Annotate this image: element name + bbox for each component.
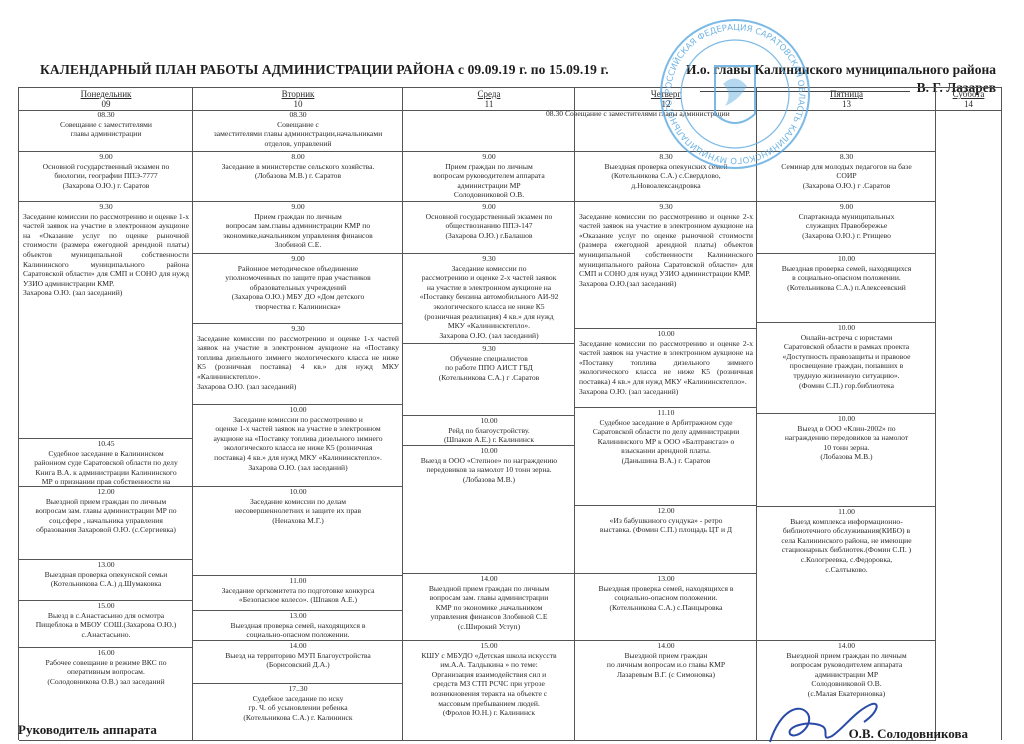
event-cell: [757, 109, 936, 152]
footer-signatory-name: О.В. Солодовникова: [849, 726, 968, 742]
event-cell: 8.00Заседание в министерстве сельского х…: [193, 151, 403, 202]
day-number: 10: [193, 99, 403, 109]
event-cell: 9.00Основной государственный экзамен по …: [403, 201, 575, 254]
event-description: Выезд комплекса информационно- библиотеч…: [761, 517, 932, 575]
event-time: 12.00: [23, 487, 189, 497]
event-time: 9.00: [23, 152, 189, 162]
event-cell: 11.00Выезд комплекса информационно- библ…: [757, 506, 936, 641]
event-cell: [403, 109, 575, 152]
event-cell: 13.00Выездная проверка семей, находящихс…: [575, 573, 757, 641]
event-cell: 14.00Выезд на территорию МУП Благоустрой…: [193, 640, 403, 684]
event-time: 14.00: [197, 641, 399, 651]
event-time: 14.00: [407, 574, 571, 584]
event-cell: 12.00Выездной прием граждан по личным во…: [19, 486, 193, 560]
event-cell: 10.45Судебное заседание в Калининском ра…: [19, 438, 193, 487]
event-time: 13.00: [579, 574, 753, 584]
event-time: 12.00: [579, 506, 753, 516]
day-column: Пятница138.30Семинар для молодых педагог…: [756, 87, 936, 740]
event-time: 8.30: [579, 152, 753, 162]
event-description: Основной государственный экзамен по биол…: [23, 162, 189, 191]
event-cell: 14.00Выездной прием граждан по личным во…: [403, 573, 575, 641]
event-description: Выездной прием граждан по личным вопроса…: [579, 651, 753, 680]
event-description: Заседание оргкомитета по подготовке конк…: [197, 586, 399, 605]
event-time: 9.30: [407, 344, 571, 354]
day-number: 12: [575, 99, 757, 109]
event-cell: 8.30Семинар для молодых педагогов на баз…: [757, 151, 936, 202]
event-time: 10.00: [407, 446, 571, 456]
event-description: Выездная проверка опекунской семьи (Коте…: [23, 570, 189, 589]
event-time: 8.00: [197, 152, 399, 162]
calendar-grid: 08.30 Совещание с заместителями главы ад…: [18, 87, 1000, 740]
event-cell: 9.00Прием граждан по личным вопросам зам…: [193, 201, 403, 254]
event-description: Выездная проверка семей, находящихся в с…: [761, 264, 932, 293]
event-time: 10.00: [761, 323, 932, 333]
event-cell: 9.30Обучение специалистов по работе ППО …: [403, 343, 575, 416]
event-description: Совещание с заместителями главы админист…: [23, 120, 189, 139]
event-description: Выездной прием граждан по личным вопроса…: [761, 651, 932, 699]
day-column: Понедельник0908.30Совещание с заместител…: [18, 87, 193, 740]
event-description: Районное методическое объединение уполно…: [197, 264, 399, 312]
event-cell: 9.30Заседание комиссии по рассмотрению и…: [193, 323, 403, 405]
event-time: 10.00: [579, 329, 753, 339]
event-description: Совещание с заместителями главы админист…: [197, 120, 399, 149]
event-cell: 10.00Выездная проверка семей, находящихс…: [757, 253, 936, 323]
event-description: Рейд по благоустройству. (Шпаков А.Е.) г…: [407, 426, 571, 445]
event-time: 9.30: [197, 324, 399, 334]
event-cell: 17..30Судебное заседание по иску гр. Ч. …: [193, 683, 403, 741]
event-time: 13.00: [197, 611, 399, 621]
event-description: Судебное заседание в Калининском районно…: [23, 449, 189, 487]
approver-position: И.о. главы Калининского муниципального р…: [686, 62, 996, 77]
event-time: 9.00: [197, 202, 399, 212]
event-description: Заседание комиссии по делам несовершенно…: [197, 497, 399, 526]
event-time: 15.00: [407, 641, 571, 651]
event-description: Выездная проверка семей, находящихся в с…: [579, 584, 753, 613]
day-column: Вторник1008.30Совещание с заместителями …: [192, 87, 403, 740]
event-description: Заседание в министерстве сельского хозяй…: [197, 162, 399, 181]
event-time: 8.30: [761, 152, 932, 162]
day-column: Суббота14: [935, 87, 1002, 740]
event-description: Выезд в ООО «Степное» по награждению пер…: [407, 456, 571, 485]
event-description: Выездная проверка семей, находящихся в с…: [197, 621, 399, 641]
day-header: Четверг12: [575, 87, 757, 111]
day-name: Понедельник: [19, 88, 193, 99]
event-time: 16.00: [23, 648, 189, 658]
day-header: Пятница13: [757, 87, 936, 111]
event-description: Выезд в ООО «Клин-2002» по награждению п…: [761, 424, 932, 462]
event-cell: 9.30Заседание комиссии по рассмотрению и…: [403, 253, 575, 344]
event-description: Выездная проверка опекунских семей (Коте…: [579, 162, 753, 191]
event-description: Судебное заседание по иску гр. Ч. об усы…: [197, 694, 399, 723]
event-cell: 9.00Районное методическое объединение уп…: [193, 253, 403, 324]
event-description: Семинар для молодых педагогов на базе СО…: [761, 162, 932, 191]
event-cell: 12.00«Из бабушкиного сундука» - ретро вы…: [575, 505, 757, 574]
event-time: 11.10: [579, 408, 753, 418]
event-cell: 10.00Заседание комиссии по рассмотрению …: [193, 404, 403, 487]
day-name: Пятница: [757, 88, 936, 99]
event-cell: 11.00Заседание оргкомитета по подготовке…: [193, 575, 403, 611]
event-time: 08.30: [197, 110, 399, 120]
event-description: КШУ с МБУДО «Детская школа искусств им.А…: [407, 651, 571, 718]
event-description: Заседание комиссии по рассмотрению и оце…: [407, 264, 571, 341]
event-description: «Из бабушкиного сундука» - ретро выставк…: [579, 516, 753, 535]
event-cell: 14.00Выездной прием граждан по личным во…: [575, 640, 757, 741]
event-time: 14.00: [579, 641, 753, 651]
event-description: Прием граждан по личным вопросам руковод…: [407, 162, 571, 200]
event-time: 9.00: [761, 202, 932, 212]
event-description: Выездной прием граждан по личным вопроса…: [23, 497, 189, 535]
event-description: Рабочее совещание в режиме ВКС по операт…: [23, 658, 189, 687]
day-number: 11: [403, 99, 575, 109]
event-cell: 9.00Прием граждан по личным вопросам рук…: [403, 151, 575, 202]
event-cell: 13.00Выездная проверка семей, находящихс…: [193, 610, 403, 641]
event-cell: 08.30Совещание с заместителями главы адм…: [19, 109, 193, 152]
day-number: 14: [936, 99, 1001, 109]
event-cell: 15.00Выезд в с.Анастасьино для осмотра П…: [19, 600, 193, 648]
event-time: 17..30: [197, 684, 399, 694]
event-time: 14.00: [761, 641, 932, 651]
event-description: Заседание комиссии по рассмотрению и оце…: [579, 339, 753, 397]
event-time: 9.00: [407, 152, 571, 162]
event-time: 9.00: [407, 202, 571, 212]
event-cell: 9.00Основной государственный экзамен по …: [19, 151, 193, 202]
event-description: Заседание комиссии по рассмотрению и оце…: [23, 212, 189, 298]
event-description: Заседание комиссии по рассмотрению и оце…: [197, 415, 399, 473]
event-description: Прием граждан по личным вопросам зам.гла…: [197, 212, 399, 250]
event-time: 10.00: [197, 405, 399, 415]
event-cell: 11.10Судебное заседание в Арбитражном су…: [575, 407, 757, 506]
event-time: 9.30: [579, 202, 753, 212]
event-cell: 10.00Выезд в ООО «Степное» по награждени…: [403, 445, 575, 574]
day-header: Среда11: [403, 87, 575, 111]
event-cell: 13.00Выездная проверка опекунской семьи …: [19, 559, 193, 601]
event-description: Онлайн-встреча с юристами Саратовской об…: [761, 333, 932, 391]
event-description: Спартакиада муниципальных служащих Право…: [761, 212, 932, 241]
event-cell: 9.30Заседание комиссии по рассмотрению и…: [19, 201, 193, 439]
event-cell: 10.00Рейд по благоустройству. (Шпаков А.…: [403, 415, 575, 446]
event-description: Обучение специалистов по работе ППО АИСТ…: [407, 354, 571, 383]
event-time: 11.00: [197, 576, 399, 586]
event-description: Основной государственный экзамен по обще…: [407, 212, 571, 241]
event-cell: 9.00Спартакиада муниципальных служащих П…: [757, 201, 936, 254]
event-cell: 10.00Выезд в ООО «Клин-2002» по награжде…: [757, 413, 936, 507]
event-description: Выезд на территорию МУП Благоустройства …: [197, 651, 399, 670]
event-time: 10.00: [407, 416, 571, 426]
event-description: Судебное заседание в Арбитражном суде Са…: [579, 418, 753, 466]
event-description: Заседание комиссии по рассмотрению и оце…: [197, 334, 399, 392]
event-time: 10.00: [761, 254, 932, 264]
day-name: Суббота: [936, 88, 1001, 99]
day-name: Четверг: [575, 88, 757, 99]
event-time: 9.30: [23, 202, 189, 212]
event-cell: 08.30Совещание с заместителями главы адм…: [193, 109, 403, 152]
event-cell: 10.00Заседание комиссии по рассмотрению …: [575, 328, 757, 408]
day-number: 09: [19, 99, 193, 109]
document-title: КАЛЕНДАРНЫЙ ПЛАН РАБОТЫ АДМИНИСТРАЦИИ РА…: [40, 62, 609, 78]
event-description: Выездной прием граждан по личным вопроса…: [407, 584, 571, 632]
event-time: 10.00: [761, 414, 932, 424]
event-cell: 10.00Онлайн-встреча с юристами Саратовск…: [757, 322, 936, 414]
day-header: Понедельник09: [19, 87, 193, 111]
event-cell: 9.30Заседание комиссии по рассмотрению и…: [575, 201, 757, 329]
event-time: 10.45: [23, 439, 189, 449]
event-time: 13.00: [23, 560, 189, 570]
event-description: Выезд в с.Анастасьино для осмотра Пищебл…: [23, 611, 189, 640]
day-header: Суббота14: [936, 87, 1001, 111]
event-description: Заседание комиссии по рассмотрению и оце…: [579, 212, 753, 289]
event-cell: 15.00КШУ с МБУДО «Детская школа искусств…: [403, 640, 575, 741]
event-cell: [575, 109, 757, 152]
day-header: Вторник10: [193, 87, 403, 111]
event-time: 10.00: [197, 487, 399, 497]
event-time: 9.30: [407, 254, 571, 264]
day-column: Среда119.00Прием граждан по личным вопро…: [402, 87, 575, 740]
day-number: 13: [757, 99, 936, 109]
footer-signatory-title: Руководитель аппарата: [18, 722, 157, 738]
event-time: 08.30: [23, 110, 189, 120]
event-time: 9.00: [197, 254, 399, 264]
event-time: 15.00: [23, 601, 189, 611]
day-column: Четверг128.30Выездная проверка опекунски…: [574, 87, 757, 740]
day-name: Среда: [403, 88, 575, 99]
event-cell: 8.30Выездная проверка опекунских семей (…: [575, 151, 757, 202]
event-cell: 10.00Заседание комиссии по делам несовер…: [193, 486, 403, 576]
day-name: Вторник: [193, 88, 403, 99]
event-time: 11.00: [761, 507, 932, 517]
